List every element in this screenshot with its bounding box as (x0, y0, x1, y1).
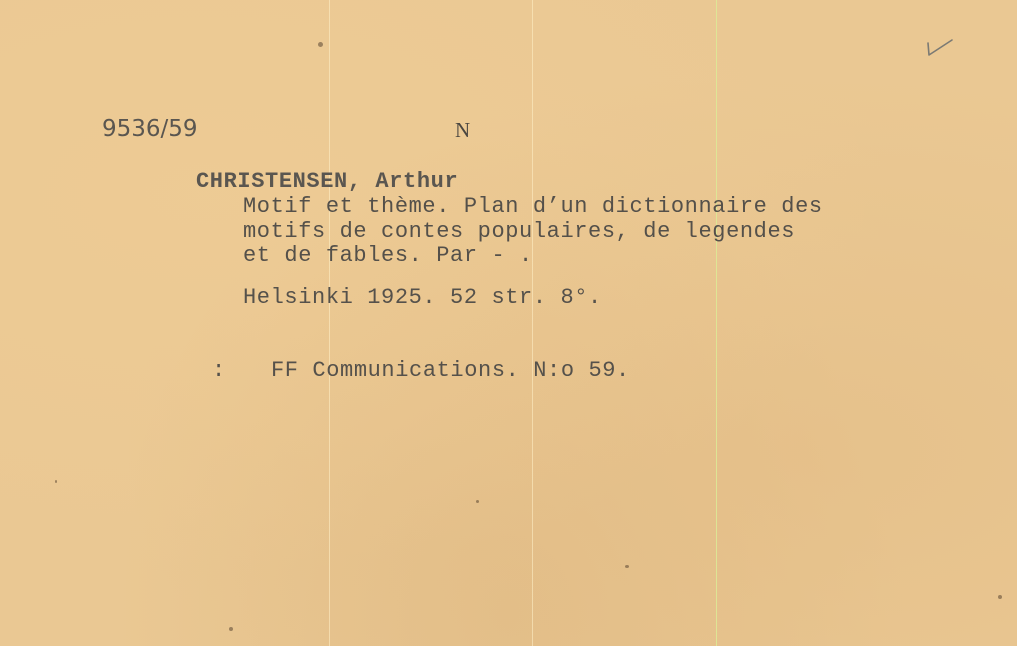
location-mark: N (455, 117, 471, 143)
paper-speck (55, 480, 57, 483)
imprint: Helsinki 1925. 52 str. 8°. (243, 285, 602, 311)
paper-speck (229, 627, 233, 631)
series-statement: FF Communications. N:o 59. (271, 358, 630, 384)
pencil-checkmark-icon (925, 38, 955, 60)
paper-speck (476, 500, 479, 503)
title-line-2: motifs de contes populaires, de legendes (243, 219, 795, 245)
paper-ruling-line (532, 0, 533, 646)
call-number: 9536/59 (102, 116, 198, 142)
paper-ruling-line (329, 0, 330, 646)
paper-ruling-line (716, 0, 717, 646)
catalog-card: 9536/59 N CHRISTENSEN, Arthur Motif et t… (0, 0, 1017, 646)
paper-speck (318, 42, 323, 47)
paper-speck (998, 595, 1002, 599)
author-heading: CHRISTENSEN, Arthur (196, 169, 458, 195)
title-line-3: et de fables. Par - . (243, 243, 533, 269)
series-prefix: : (212, 358, 226, 384)
title-line-1: Motif et thème. Plan d’un dictionnaire d… (243, 194, 823, 220)
paper-speck (625, 565, 629, 568)
